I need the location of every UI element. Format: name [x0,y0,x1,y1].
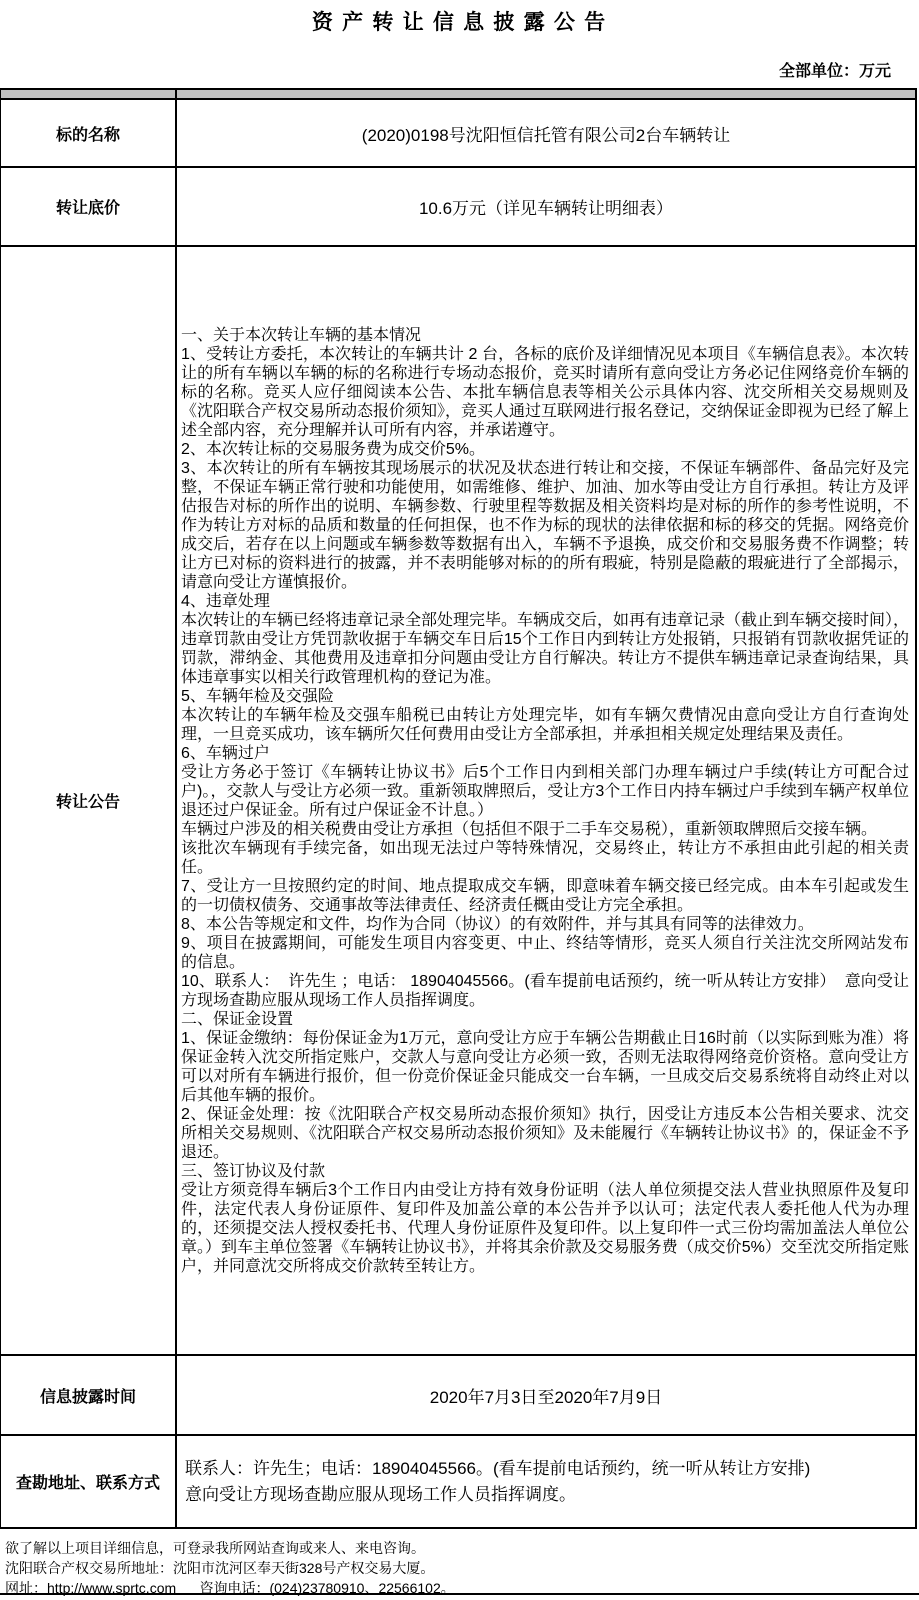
page-title: 资 产 转 让 信 息 披 露 公 告 [0,0,919,36]
notice-paragraph: 一、关于本次转让车辆的基本情况 [181,326,909,345]
inspection-contact-value: 联系人：许先生；电话：18904045566。(看车提前电话预约，统一听从转让方… [177,1436,915,1527]
footer-line: 欲了解以上项目详细信息，可登录我所网站查询或来人、来电咨询。 [5,1538,913,1558]
notice-paragraph: 车辆过户涉及的相关税费由受让方承担（包括但不限于二手车交易税），重新领取牌照后交… [181,820,909,839]
subject-name-label: 标的名称 [1,100,177,166]
notice-paragraph: 8、本公告等规定和文件，均作为合同（协议）的有效附件，并与其具有同等的法律效力。 [181,915,909,934]
notice-paragraph: 三、签订协议及付款 [181,1162,909,1181]
announcement-page: 资 产 转 让 信 息 披 露 公 告 全部单位：万元 标的名称 (2020)0… [0,0,919,1600]
subject-name-value: (2020)0198号沈阳恒信托管有限公司2台车辆转让 [177,100,915,166]
transfer-notice-label: 转让公告 [1,247,177,1354]
transfer-notice-cell: 一、关于本次转让车辆的基本情况1、受转让方委托，本次转让的车辆共计 2 台，各标… [177,247,915,1354]
notice-paragraph: 4、违章处理 [181,592,909,611]
notice-paragraph: 6、车辆过户 [181,744,909,763]
announcement-table: 标的名称 (2020)0198号沈阳恒信托管有限公司2台车辆转让 转让底价 10… [0,88,917,1529]
notice-paragraph: 3、本次转让的所有车辆按其现场展示的状况及状态进行转让和交接，不保证车辆部件、备… [181,459,909,592]
notice-paragraph: 1、受转让方委托，本次转让的车辆共计 2 台，各标的底价及详细情况见本项目《车辆… [181,345,909,440]
notice-paragraph: 5、车辆年检及交强险 [181,687,909,706]
footer-line: 沈阳联合产权交易所地址：沈阳市沈河区奉天街328号产权交易大厦。 [5,1558,913,1578]
table-row-subject-name: 标的名称 (2020)0198号沈阳恒信托管有限公司2台车辆转让 [1,100,915,168]
floor-price-label: 转让底价 [1,168,177,245]
table-row-inspection-contact: 查勘地址、联系方式 联系人：许先生；电话：18904045566。(看车提前电话… [1,1436,915,1529]
notice-paragraph: 7、受让方一旦按照约定的时间、地点提取成交车辆，即意味着车辆交接已经完成。由本车… [181,877,909,915]
unit-note: 全部单位：万元 [779,58,891,81]
disclosure-period-label: 信息披露时间 [1,1356,177,1434]
table-row-disclosure-period: 信息披露时间 2020年7月3日至2020年7月9日 [1,1356,915,1436]
notice-paragraph: 9、项目在披露期间，可能发生项目内容变更、中止、终结等情形，竞买人须自行关注沈交… [181,934,909,972]
notice-paragraph: 本次转让的车辆年检及交强车船税已由转让方处理完毕，如有车辆欠费情况由意向受让方自… [181,706,909,744]
bottom-divider [0,1593,919,1595]
table-row-floor-price: 转让底价 10.6万元（详见车辆转让明细表） [1,168,915,247]
notice-paragraph: 10、联系人： 许先生 ；电话： 18904045566。(看车提前电话预约，统… [181,972,909,1010]
inspection-contact-label: 查勘地址、联系方式 [1,1436,177,1527]
notice-paragraph: 1、保证金缴纳：每份保证金为1万元，意向受让方应于车辆公告期截止日16时前（以实… [181,1029,909,1105]
disclosure-period-value: 2020年7月3日至2020年7月9日 [177,1356,915,1434]
notice-paragraph: 受让方务必于签订《车辆转让协议书》后5个工作日内到相关部门办理车辆过户手续(转让… [181,763,909,820]
footer: 欲了解以上项目详细信息，可登录我所网站查询或来人、来电咨询。沈阳联合产权交易所地… [5,1538,913,1598]
notice-paragraph: 受让方须竞得车辆后3个工作日内由受让方持有效身份证明（法人单位须提交法人营业执照… [181,1181,909,1276]
transfer-notice-body: 一、关于本次转让车辆的基本情况1、受转让方委托，本次转让的车辆共计 2 台，各标… [181,326,909,1276]
table-header-band-left [1,90,177,98]
notice-paragraph: 二、保证金设置 [181,1010,909,1029]
table-header-band [1,88,915,100]
notice-paragraph: 本次转让的车辆已经将违章记录全部处理完毕。车辆成交后，如再有违章记录（截止到车辆… [181,611,909,687]
footer-line: 网址：http://www.sprtc.com 咨询电话：(024)237809… [5,1578,913,1598]
notice-paragraph: 2、保证金处理：按《沈阳联合产权交易所动态报价须知》执行，因受让方违反本公告相关… [181,1105,909,1162]
floor-price-value: 10.6万元（详见车辆转让明细表） [177,168,915,245]
notice-paragraph: 2、本次转让标的交易服务费为成交价5%。 [181,440,909,459]
table-header-band-right [177,90,915,98]
notice-paragraph: 该批次车辆现有手续完备，如出现无法过户等特殊情况，交易终止，转让方不承担由此引起… [181,839,909,877]
table-row-transfer-notice: 转让公告 一、关于本次转让车辆的基本情况1、受转让方委托，本次转让的车辆共计 2… [1,247,915,1356]
